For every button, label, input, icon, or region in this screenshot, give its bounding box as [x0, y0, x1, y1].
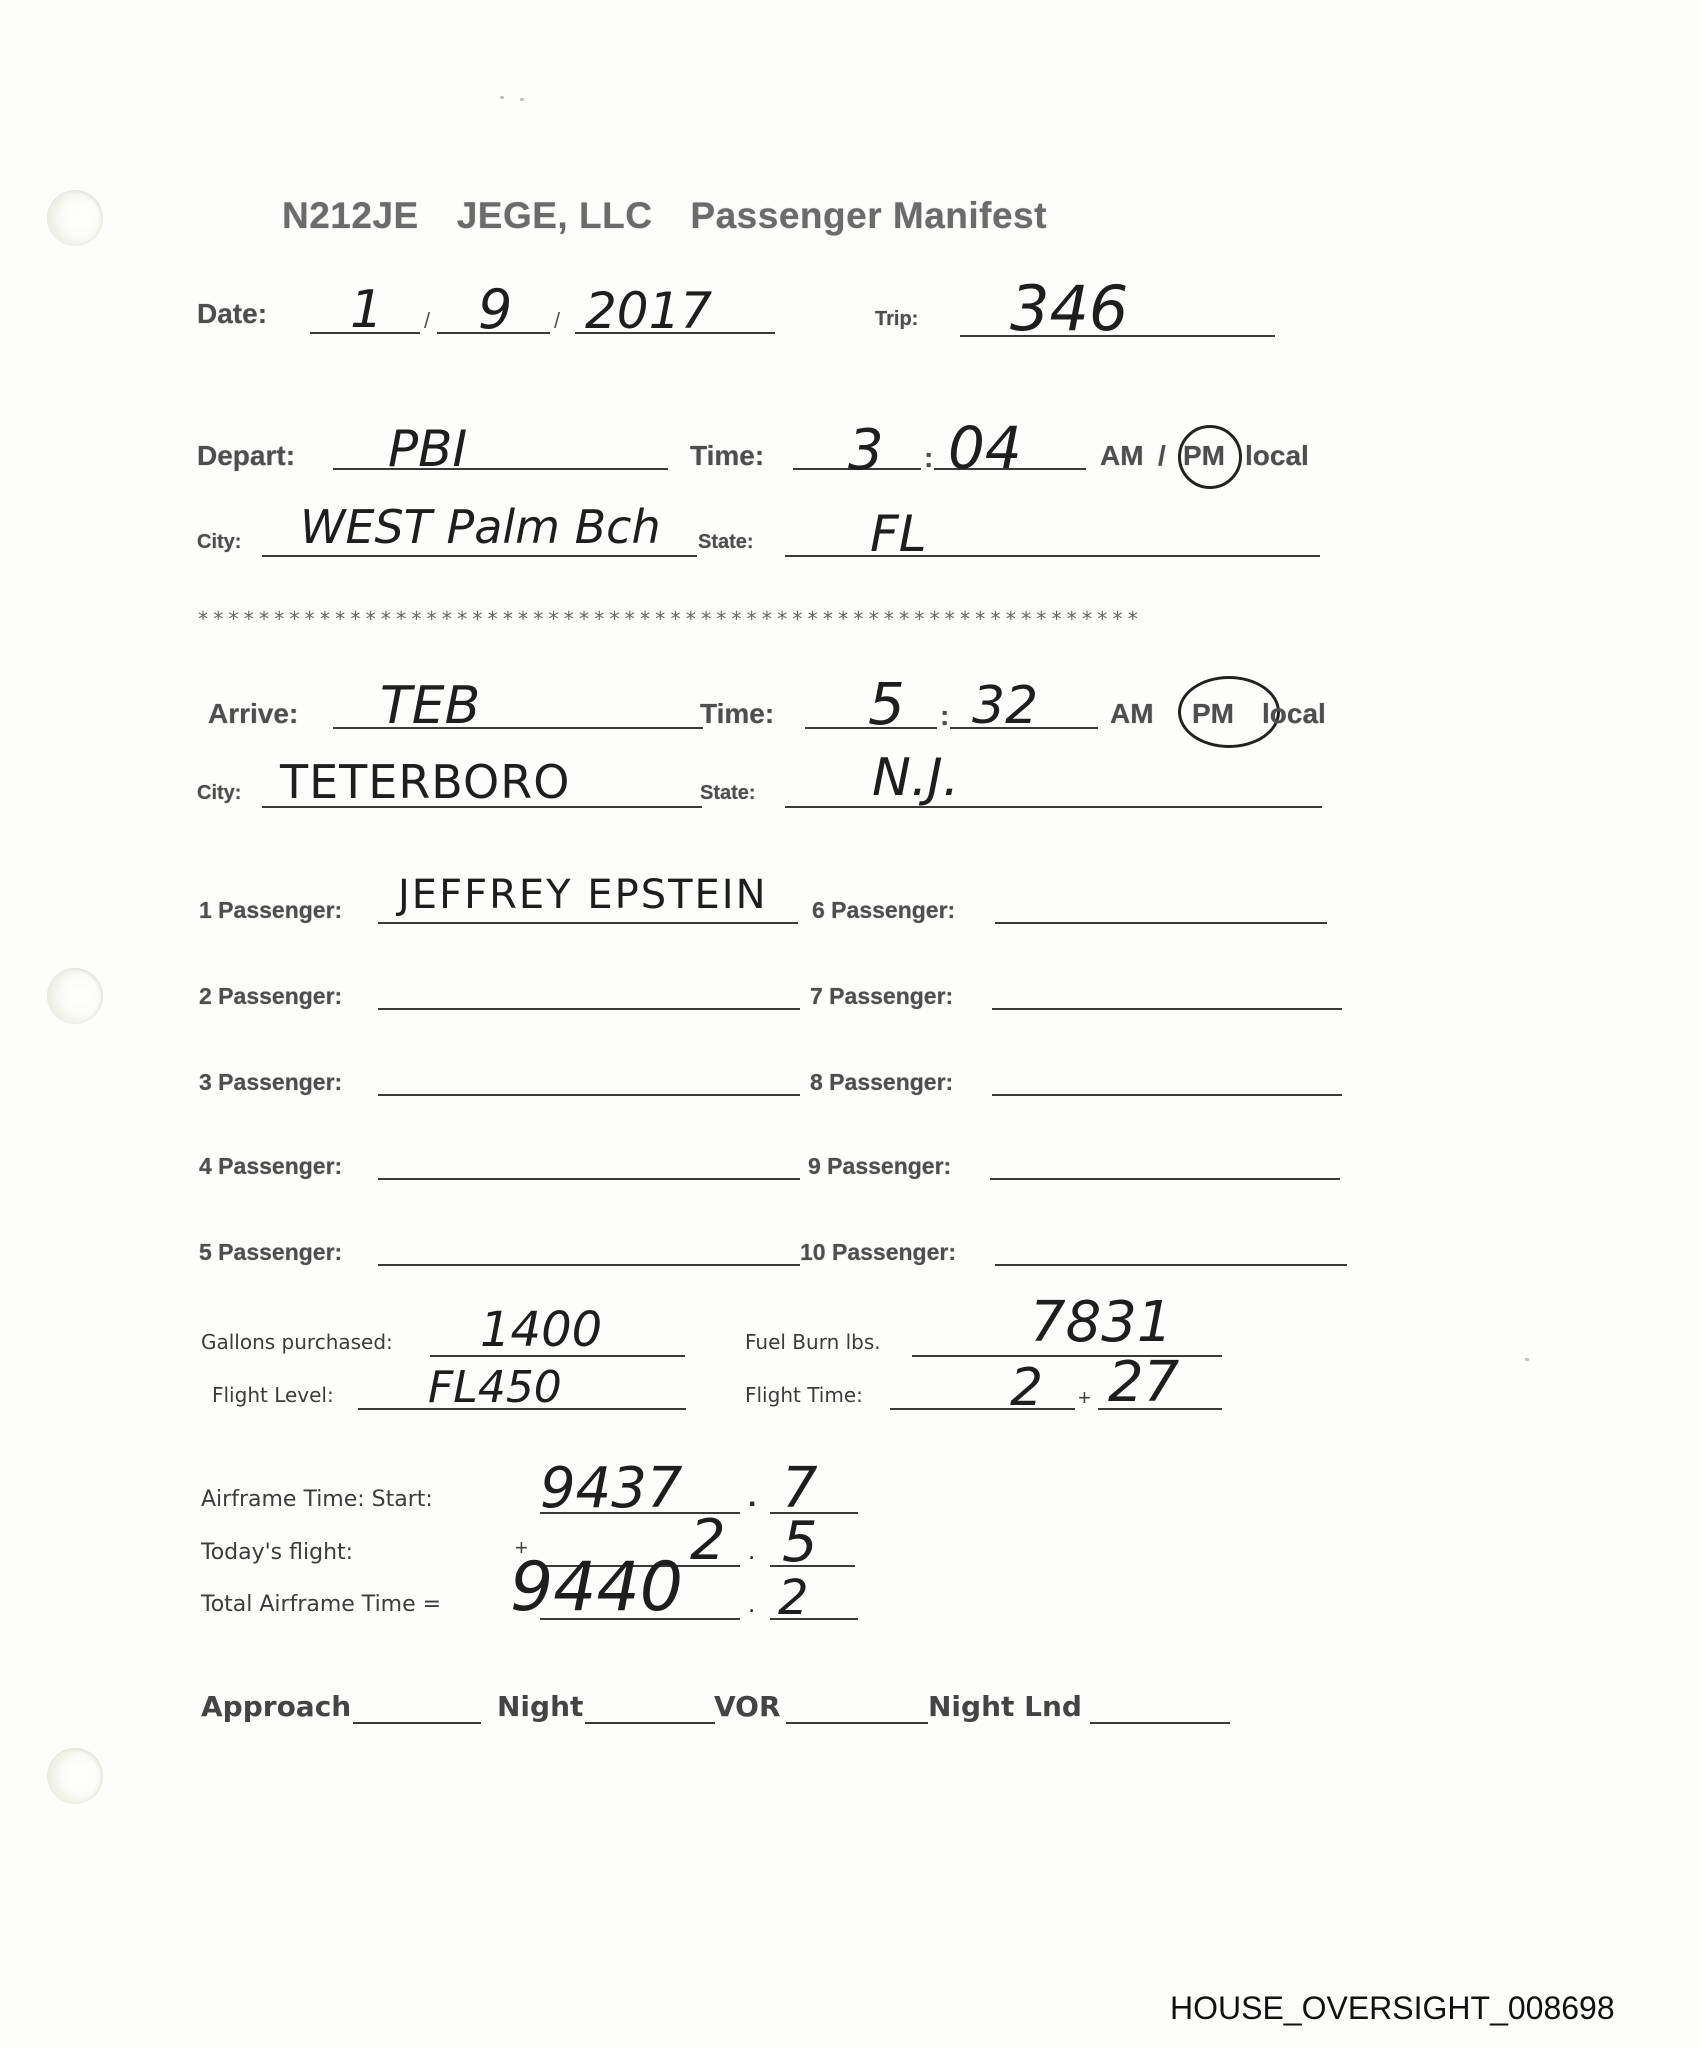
flight-time-label: Flight Time:	[745, 1383, 863, 1407]
depart-state-label: State:	[698, 531, 754, 554]
approach-label: Approach	[201, 1690, 351, 1723]
flight-level-value: FL450	[428, 1362, 562, 1413]
depart-label: Depart:	[197, 440, 295, 472]
passenger-4-label: 4 Passenger:	[199, 1153, 342, 1180]
flight-time-hours-line[interactable]	[890, 1408, 1075, 1410]
hole-punch-middle	[47, 968, 103, 1024]
vor-line[interactable]	[786, 1722, 928, 1724]
arrive-state-value: N.J.	[872, 748, 959, 808]
passenger-3-line[interactable]	[378, 1094, 800, 1096]
date-slash-1: /	[424, 308, 430, 334]
airframe-start-whole-value: 9437	[540, 1456, 683, 1521]
passenger-1-label: 1 Passenger:	[199, 897, 342, 924]
tail-number: N212JE	[282, 195, 419, 236]
passenger-4-line[interactable]	[378, 1178, 800, 1180]
arrive-time-label: Time:	[700, 698, 774, 730]
passenger-8-line[interactable]	[992, 1094, 1342, 1096]
passenger-9-label: 9 Passenger:	[808, 1153, 951, 1180]
airframe-start-dot: .	[748, 1480, 756, 1514]
night-line[interactable]	[585, 1722, 715, 1724]
passenger-7-line[interactable]	[992, 1008, 1342, 1010]
depart-state-value: FL	[870, 505, 927, 563]
arrive-local-label: local	[1262, 698, 1326, 730]
fuel-burn-label: Fuel Burn lbs.	[745, 1330, 881, 1354]
vor-label: VOR	[714, 1690, 781, 1723]
todays-flight-tenths-value: 5	[782, 1510, 818, 1575]
depart-pm-selected-circle	[1178, 425, 1242, 489]
date-month-value: 1	[350, 280, 383, 340]
flight-level-label: Flight Level:	[212, 1383, 334, 1407]
flight-time-hours-value: 2	[1010, 1358, 1043, 1418]
company-name: JEGE, LLC	[457, 195, 653, 236]
flight-time-minutes-value: 27	[1108, 1350, 1179, 1415]
asterisk-separator: ****************************************…	[197, 607, 1357, 631]
total-airframe-label: Total Airframe Time =	[201, 1592, 441, 1617]
arrive-state-line[interactable]	[785, 806, 1322, 808]
gallons-value: 1400	[480, 1302, 602, 1358]
passenger-5-label: 5 Passenger:	[199, 1239, 342, 1266]
manifest-title: Passenger Manifest	[690, 195, 1047, 236]
arrive-label: Arrive:	[208, 698, 298, 730]
depart-state-line[interactable]	[785, 555, 1320, 557]
arrive-am-option[interactable]: AM	[1110, 698, 1154, 730]
todays-flight-dot: .	[748, 1535, 755, 1566]
arrive-time-colon: :	[940, 700, 949, 732]
night-lnd-line[interactable]	[1090, 1722, 1230, 1724]
scan-speck	[500, 96, 504, 99]
bates-number: HOUSE_OVERSIGHT_008698	[1170, 1990, 1615, 2027]
night-label: Night	[497, 1690, 583, 1723]
passenger-9-line[interactable]	[990, 1178, 1340, 1180]
todays-flight-whole-value: 2	[690, 1508, 726, 1573]
passenger-10-line[interactable]	[995, 1264, 1347, 1266]
depart-am-option[interactable]: AM	[1100, 440, 1144, 472]
depart-local-label: local	[1245, 440, 1309, 472]
arrive-airport-value: TEB	[380, 676, 480, 736]
arrive-state-label: State:	[700, 782, 756, 805]
passenger-8-label: 8 Passenger:	[810, 1069, 953, 1096]
depart-time-colon: :	[924, 442, 933, 474]
depart-city-label: City:	[197, 531, 241, 554]
passenger-2-label: 2 Passenger:	[199, 983, 342, 1010]
scan-speck	[1525, 1358, 1529, 1361]
total-airframe-tenths-value: 2	[778, 1570, 809, 1626]
total-airframe-whole-value: 9440	[510, 1548, 683, 1627]
flight-time-separator: +	[1078, 1385, 1091, 1411]
date-day-value: 9	[478, 278, 512, 341]
trip-label: Trip:	[875, 308, 918, 331]
passenger-5-line[interactable]	[378, 1264, 800, 1266]
todays-flight-label: Today's flight:	[201, 1540, 353, 1565]
passenger-7-label: 7 Passenger:	[810, 983, 953, 1010]
depart-airport-line[interactable]	[333, 468, 668, 470]
form-title: N212JEJEGE, LLCPassenger Manifest	[282, 195, 1047, 237]
passenger-6-label: 6 Passenger:	[812, 897, 955, 924]
passenger-6-line[interactable]	[995, 922, 1327, 924]
passenger-10-label: 10 Passenger:	[800, 1239, 956, 1266]
gallons-label: Gallons purchased:	[201, 1330, 393, 1354]
arrive-city-label: City:	[197, 782, 241, 805]
night-lnd-label: Night Lnd	[928, 1690, 1082, 1723]
passenger-3-label: 3 Passenger:	[199, 1069, 342, 1096]
arrive-city-value: TETERBORO	[280, 755, 570, 809]
depart-hour-value: 3	[848, 418, 884, 483]
depart-airport-value: PBI	[388, 420, 467, 478]
airframe-start-label: Airframe Time: Start:	[201, 1487, 433, 1512]
depart-city-line[interactable]	[262, 555, 697, 557]
depart-slash: /	[1158, 440, 1166, 472]
hole-punch-top	[47, 190, 103, 246]
passenger-1-value: JEFFREY EPSTEIN	[398, 872, 768, 918]
approach-line[interactable]	[353, 1722, 481, 1724]
passenger-1-line[interactable]	[378, 922, 798, 924]
depart-time-label: Time:	[690, 440, 764, 472]
hole-punch-bottom	[47, 1748, 103, 1804]
trip-value: 346	[1010, 272, 1128, 345]
total-airframe-dot: .	[748, 1588, 755, 1619]
arrive-minute-value: 32	[972, 676, 1038, 736]
passenger-2-line[interactable]	[378, 1008, 800, 1010]
fuel-burn-value: 7831	[1030, 1290, 1173, 1355]
scan-speck	[520, 98, 524, 101]
depart-city-value: WEST Palm Bch	[300, 500, 661, 554]
date-label: Date:	[197, 298, 267, 330]
date-year-value: 2017	[585, 282, 712, 340]
arrive-hour-value: 5	[868, 670, 905, 738]
depart-minute-value: 04	[948, 414, 1022, 482]
date-slash-2: /	[554, 308, 560, 334]
